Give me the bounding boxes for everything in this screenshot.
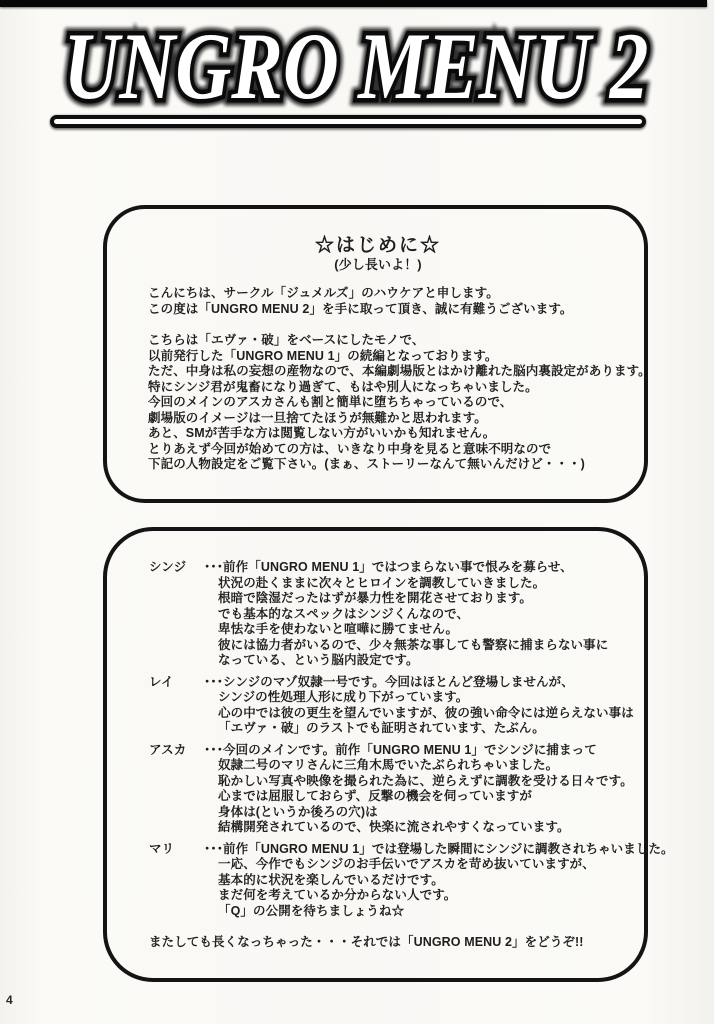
title-underline-bar [50,115,646,128]
intro-paragraph-notes: こちらは「エヴァ・破」をベースにしたモノで、 以前発行した「UNGRO MENU… [148,333,608,473]
closing-line: またしても長くなっちゃった・・・それでは「UNGRO MENU 2」をどうぞ!! [149,935,618,951]
intro-paragraph-greeting: こんにちは、サークル「ジュメルズ」のハウケアと申します。 この度は「UNGRO … [148,286,608,317]
character-name: アスカ [149,743,204,836]
scanned-doujin-page: { "page": { "title": "UNGRO MENU 2", "pa… [0,0,714,1024]
character-name: レイ [149,675,204,737]
page-title-art: UNGRO MENU 2 UNGRO MENU 2 [38,16,674,116]
intro-box: ☆はじめに☆ (少し長いよ！) こんにちは、サークル「ジュメルズ」のハウケアと申… [103,205,648,503]
character-description: ･･･前作「UNGRO MENU 1」では登場した瞬間にシンジに調教されちゃいま… [204,842,674,920]
character-description: ･･･今回のメインです。前作「UNGRO MENU 1」でシンジに捕まって 奴隷… [204,743,633,836]
intro-heading: ☆はじめに☆ [148,235,608,257]
character-settings-box: シンジ ･･･前作「UNGRO MENU 1」ではつまらない事で恨みを募らせ、 … [103,527,648,982]
character-entry-rei: レイ ･･･シンジのマゾ奴隷一号です。今回はほとんど登場しませんが、 シンジの性… [149,675,618,737]
character-entry-mari: マリ ･･･前作「UNGRO MENU 1」では登場した瞬間にシンジに調教されち… [149,842,618,920]
scan-edge-strip [0,0,707,7]
character-name: マリ [149,842,204,920]
page-title: UNGRO MENU 2 [64,16,649,116]
character-description: ･･･シンジのマゾ奴隷一号です。今回はほとんど登場しませんが、 シンジの性処理人… [204,675,634,737]
character-name: シンジ [149,560,204,669]
character-entry-asuka: アスカ ･･･今回のメインです。前作「UNGRO MENU 1」でシンジに捕まっ… [149,743,618,836]
character-description: ･･･前作「UNGRO MENU 1」ではつまらない事で恨みを募らせ、 状況の赴… [204,560,618,669]
page-number: 4 [6,993,13,1009]
character-entry-shinji: シンジ ･･･前作「UNGRO MENU 1」ではつまらない事で恨みを募らせ、 … [149,560,618,669]
intro-subheading: (少し長いよ！) [148,257,608,273]
